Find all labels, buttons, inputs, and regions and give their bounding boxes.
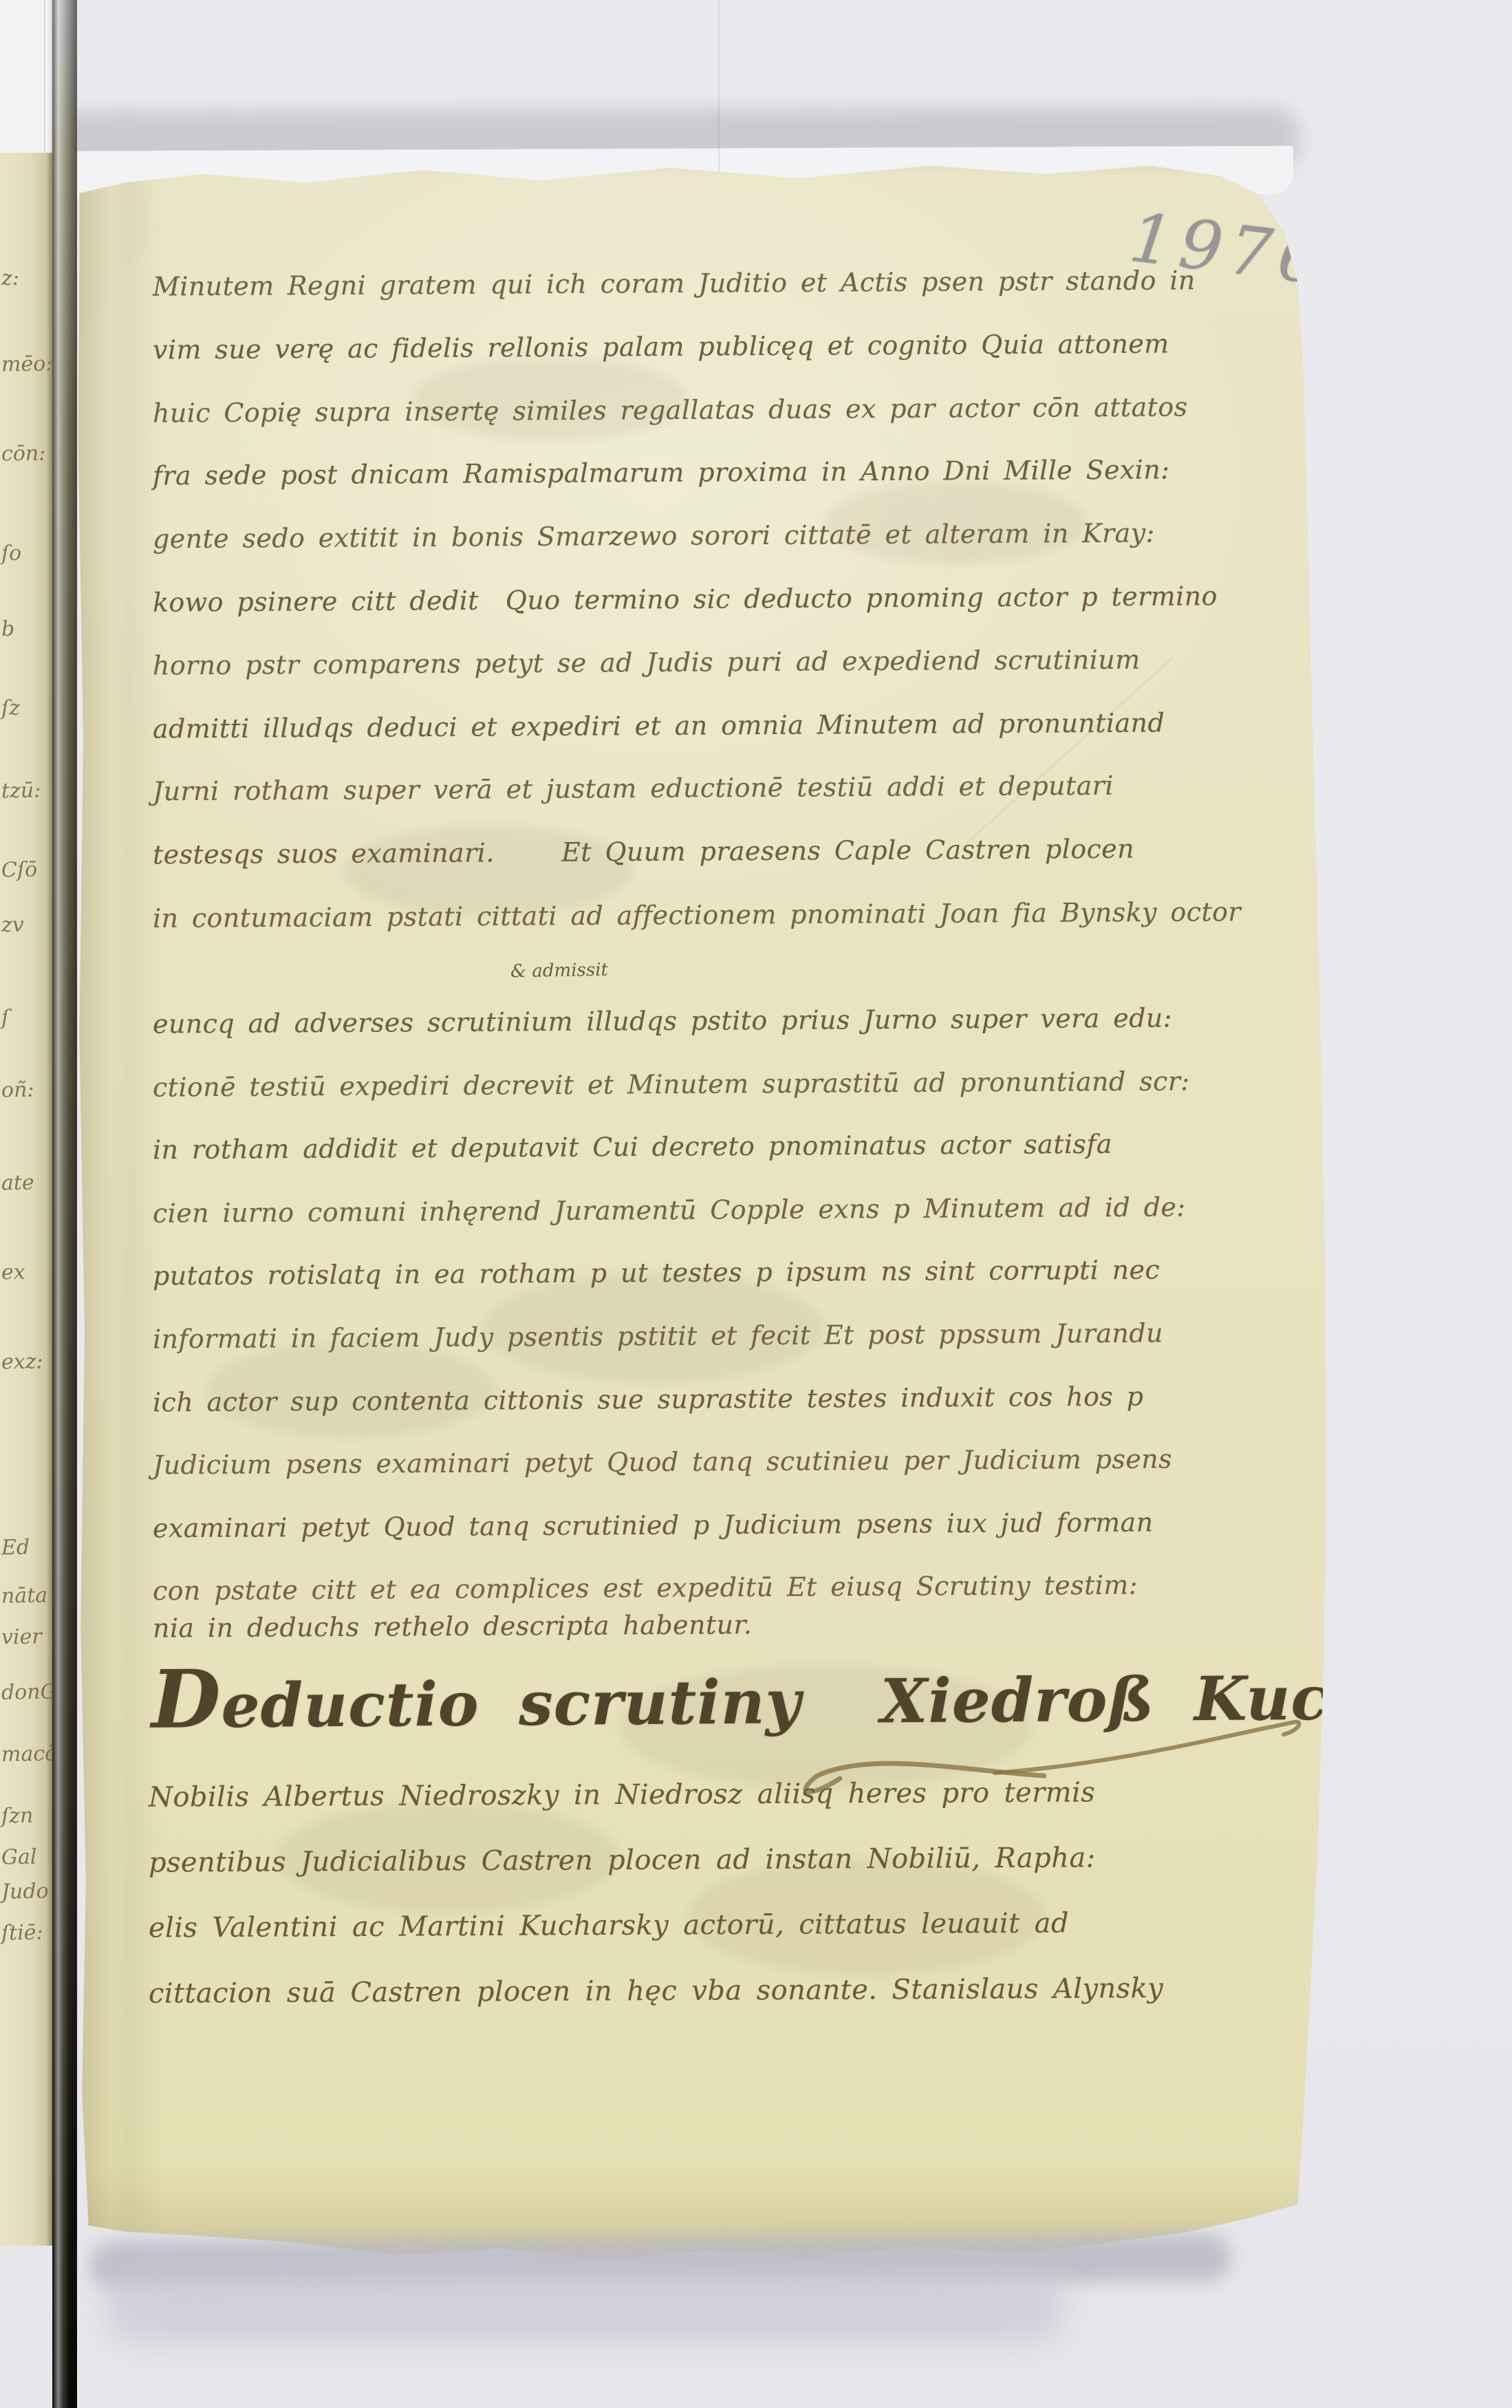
manuscript-line: horno pstr comparens petyt se ad Judis p… [153,644,1141,681]
binding-rod [52,0,77,2408]
manuscript-line: Nobilis Albertus Niedroszky in Niedrosz … [149,1776,1095,1814]
manuscript-line: Jurni rotham super verā et justam educti… [153,771,1114,808]
interlinear-insertion: & admissit [510,961,608,980]
margin-ink-fragment: ſo [1,544,22,565]
margin-ink-fragment: exz: [1,1351,43,1373]
manuscript-photo: z:mēo:cōn:ſobſztzū:Cſōzvſoñ:ateexexz:Edn… [0,0,1512,2408]
manuscript-line: vim sue verę ac fidelis rellonis palam p… [153,328,1169,366]
margin-ink-fragment: donGp: [1,1681,54,1703]
manuscript-line: elis Valentini ac Martini Kucharsky acto… [149,1906,1069,1944]
manuscript-line: psentibus Judicialibus Castren plocen ad… [149,1841,1096,1879]
margin-ink-fragment: Ed [1,1538,30,1559]
margin-ink-fragment: mēo: [1,354,53,375]
margin-ink-fragment: ate [1,1173,34,1194]
manuscript-line: con pstate citt et ea complices est expe… [153,1570,1138,1607]
manuscript-page: 1976 Minutem Regni gratem qui ich coram … [73,144,1370,2264]
manuscript-line: Minutem Regni gratem qui ich coram Judit… [153,265,1196,303]
manuscript-line: in rotham addidit et deputavit Cui decre… [153,1129,1112,1166]
paper-scratch [962,657,1174,848]
manuscript-line: cittacion suā Castren plocen in hęc vba … [149,1972,1163,2010]
manuscript-line: huic Copię supra insertę similes regalla… [153,391,1188,429]
manuscript-line: fra sede post dnicam Ramispalmarum proxi… [153,455,1170,493]
page-bottom-shadow [103,2269,1066,2345]
background-seam [718,0,720,172]
manuscript-line: euncq ad adverses scrutinium illudqs pst… [153,1002,1172,1040]
white-page-stack [0,0,55,157]
margin-ink-fragment: Cſō [1,860,38,881]
manuscript-line: cien iurno comuni inhęrend Juramentū Cop… [153,1192,1186,1229]
margin-ink-fragment: ſzn [1,1806,34,1827]
margin-ink-fragment: cōn: [1,443,46,464]
page-leaf-edge [44,0,45,157]
margin-ink-fragment: ſtiē: [1,1922,43,1944]
margin-ink-fragment: Judo [1,1881,49,1902]
manuscript-line: putatos rotislatq in ea rotham p ut test… [153,1255,1160,1293]
facing-page-edge: z:mēo:cōn:ſobſztzū:Cſōzvſoñ:ateexexz:Edn… [0,153,54,2246]
margin-ink-fragment: ſ [1,1008,10,1029]
margin-ink-fragment: tzū: [1,781,41,802]
margin-ink-fragment: macōs [1,1743,54,1765]
manuscript-line: ctionē testiū expediri decrevit et Minut… [153,1066,1190,1104]
manuscript-line: examinari petyt Quod tanq scrutinied p J… [153,1507,1154,1544]
margin-ink-fragment: vier [1,1626,42,1648]
margin-ink-fragment: b [1,619,15,640]
margin-ink-fragment: nāta [1,1585,48,1606]
margin-ink-fragment: zv [1,915,24,936]
margin-ink-fragment: ſz [1,698,20,719]
manuscript-line: ich actor sup contenta cittonis sue supr… [153,1381,1144,1418]
manuscript-line: admitti illudqs deduci et expediri et an… [153,707,1165,745]
margin-ink-fragment: Gal [1,1847,37,1869]
margin-ink-fragment: z: [1,268,19,289]
manuscript-line: nia in deduchs rethelo descripta habentu… [153,1609,753,1644]
manuscript-line: kowo psinere citt dedit Quo termino sic … [153,581,1218,619]
manuscript-line: in contumaciam pstati cittati ad affecti… [153,896,1241,934]
margin-ink-fragment: oñ: [1,1080,34,1101]
manuscript-line: Judicium psens examinari petyt Quod tanq… [153,1444,1172,1482]
manuscript-line: testesqs suos examinari. Et Quum praesen… [153,834,1134,871]
manuscript-line: informati in faciem Judy psentis pstitit… [153,1318,1163,1356]
margin-ink-fragment: ex [1,1262,25,1284]
manuscript-line: gente sedo extitit in bonis Smarzewo sor… [153,518,1155,555]
